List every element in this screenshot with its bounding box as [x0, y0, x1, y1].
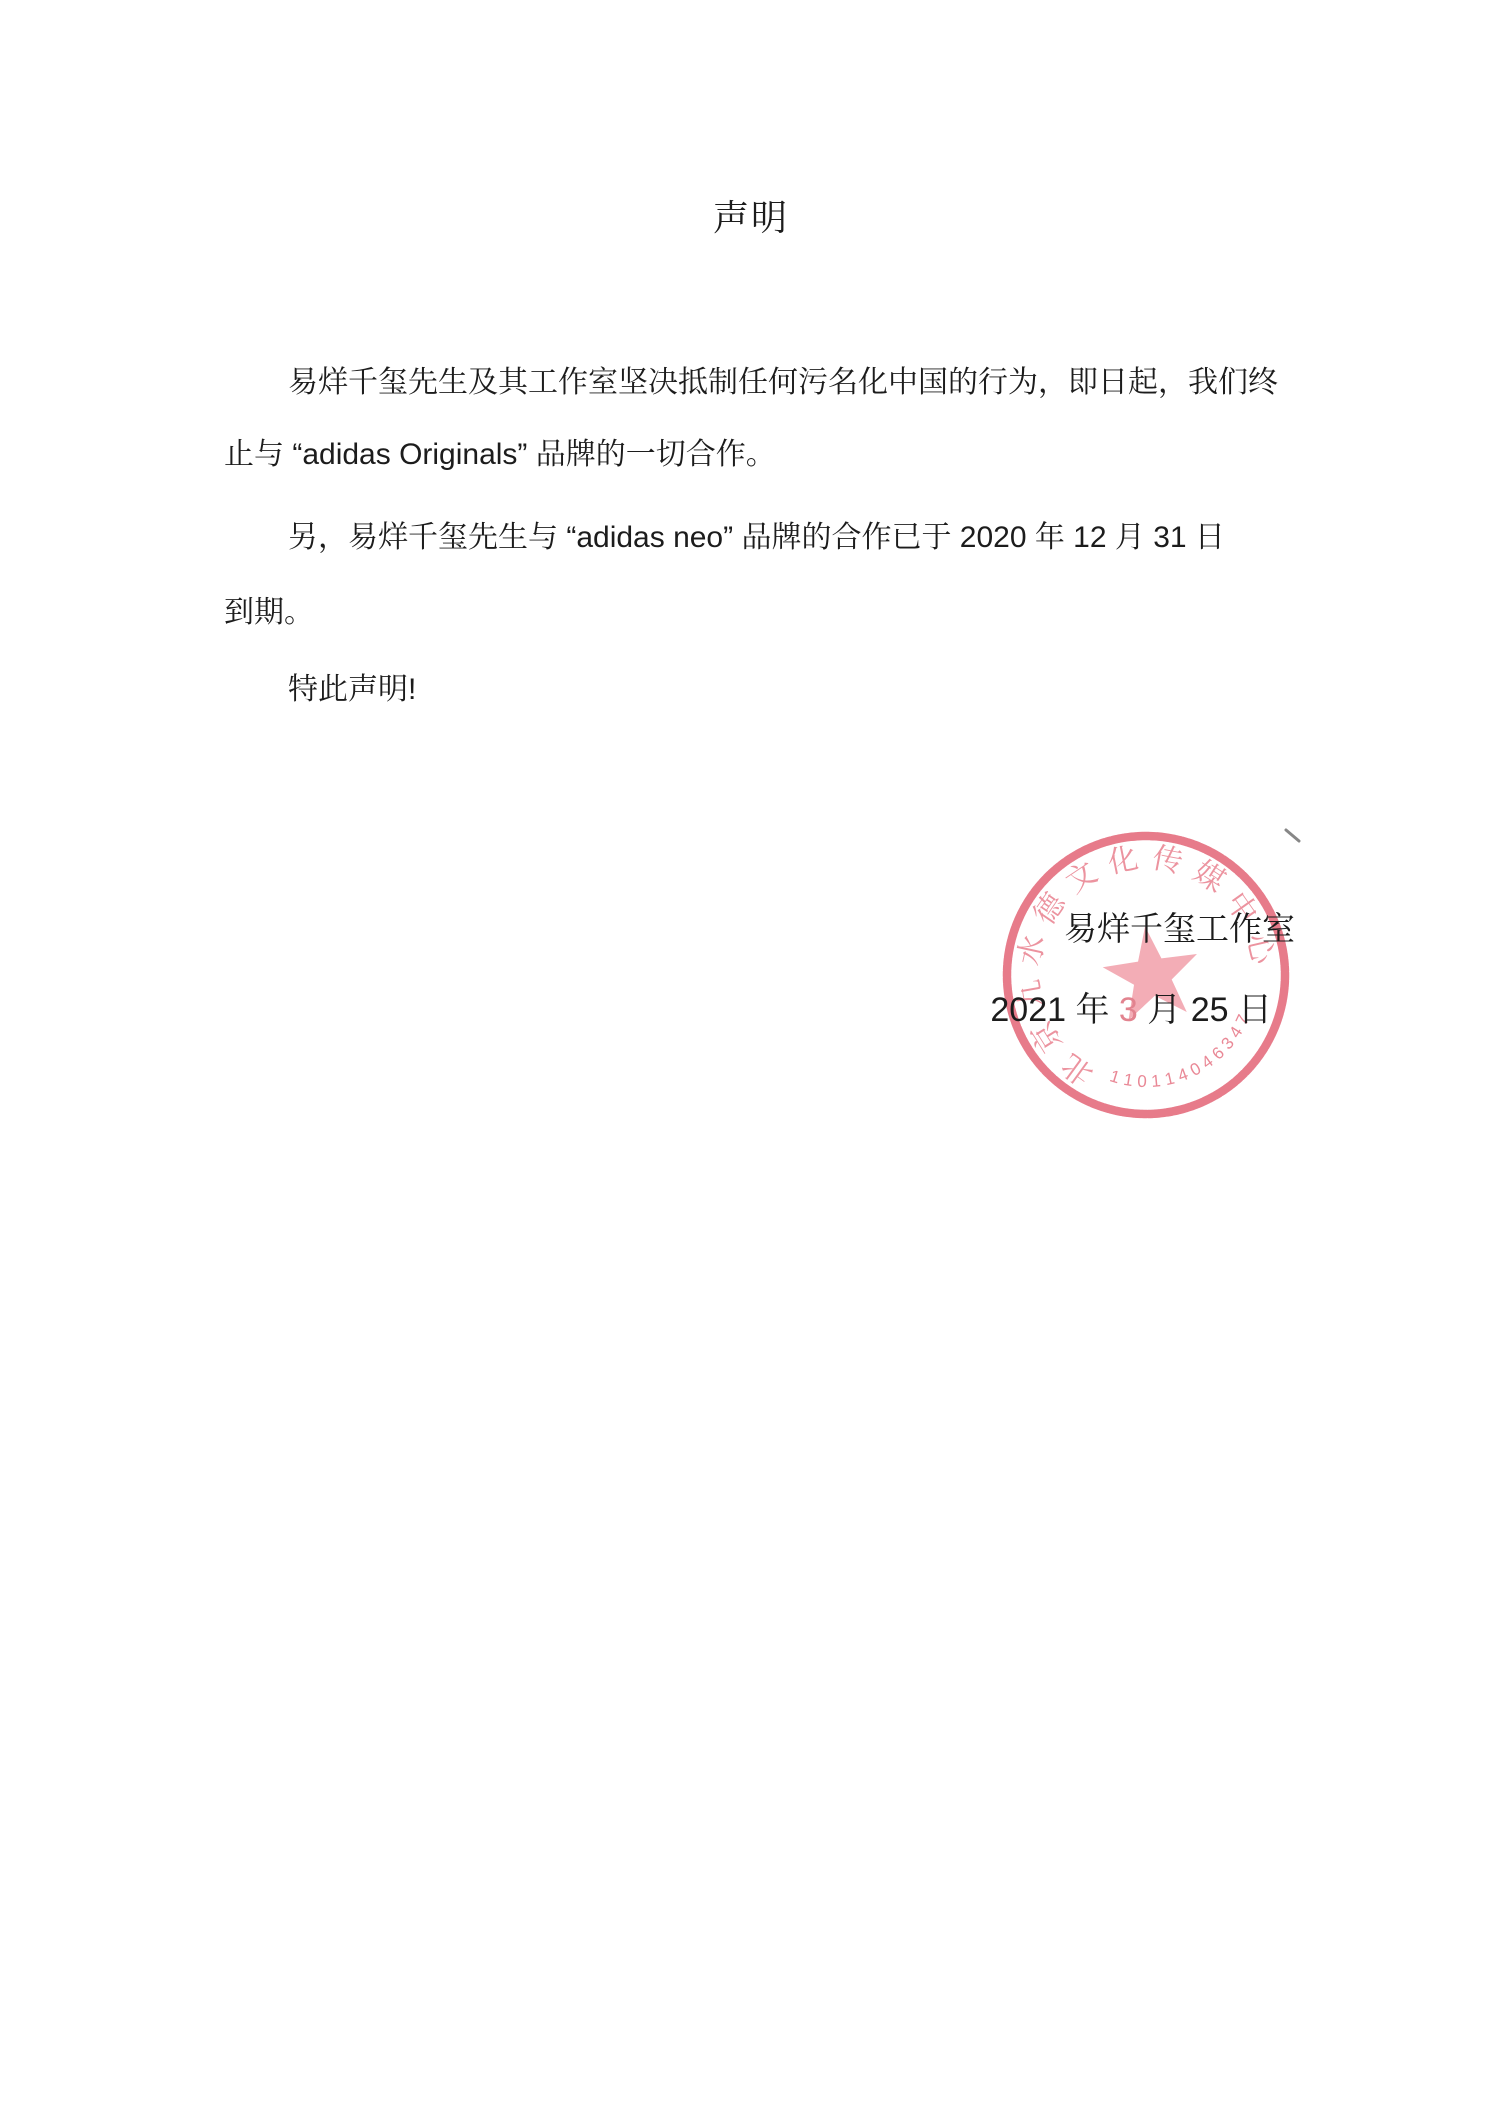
stamp-serial-digit: 0 [1137, 1072, 1147, 1091]
company-stamp: 北京九水德文化传媒中心 110114046347 [990, 820, 1310, 1130]
stamp-serial-digit: 1 [1122, 1070, 1134, 1090]
signature-date-prefix: 2021 年 [990, 991, 1119, 1029]
statement-title: 声明 [224, 196, 1278, 240]
paragraph-line: 另，易烊千玺先生与 “adidas neo” 品牌的合作已于 2020 年 12… [224, 519, 1284, 557]
stamp-arc-character: 水 [1013, 932, 1052, 968]
paragraph-line: 到期。 [224, 594, 1284, 632]
signature-name: 易烊千玺工作室 [1064, 909, 1295, 949]
closing-line: 特此声明! [224, 671, 1284, 709]
stamp-arc-character: 化 [1105, 842, 1141, 880]
signature-date-month: 3 [1119, 991, 1138, 1029]
signature-date-suffix: 月 25 日 [1138, 991, 1272, 1029]
signature-date: 2021 年 3 月 25 日 [990, 990, 1272, 1030]
statement-document-page: 声明 易烊千玺先生及其工作室坚决抵制任何污名化中国的行为，即日起，我们终 止与 … [0, 0, 1500, 2120]
paragraph-line: 易烊千玺先生及其工作室坚决抵制任何污名化中国的行为，即日起，我们终 [224, 364, 1284, 402]
stamp-serial-digit: 1 [1108, 1066, 1123, 1087]
paragraph-line: 止与 “adidas Originals” 品牌的一切合作。 [224, 436, 1284, 474]
stamp-serial-digit: 1 [1163, 1069, 1176, 1090]
pen-mark [1286, 830, 1299, 841]
stamp-arc-character: 传 [1150, 842, 1186, 880]
stamp-serial-digit: 1 [1150, 1071, 1161, 1091]
